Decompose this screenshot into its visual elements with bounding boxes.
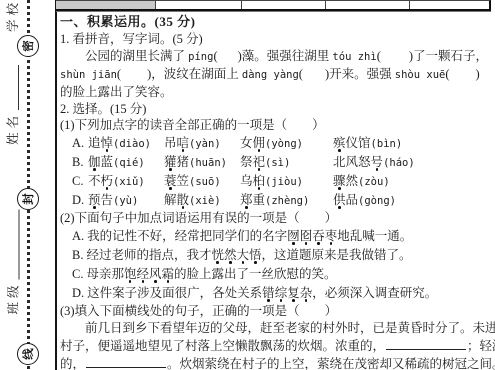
word-with-pinyin: 伽蓝(qié) (88, 153, 145, 173)
hanzi-char: 蓝 (101, 155, 114, 169)
text-line: shùn jiān()，波纹在湖面上 dàng yàng()开来。强强 shòu… (60, 66, 493, 84)
word-with-pinyin: 预告(yù) (88, 191, 138, 211)
q2-3-paragraph: 前几日到乡下看望年迈的父母，赶至老家的村外时，已是黄昏时分了。未进村子，便遥遥地… (60, 320, 493, 370)
hanzi-char: 杂 (300, 286, 313, 300)
hanzi-char: 供 (333, 193, 346, 207)
score-table-cell (410, 1, 489, 9)
hanzi-char: 告 (101, 193, 114, 207)
seal-label-school: 学校 (3, 0, 21, 32)
hanzi-char: 桕 (253, 174, 266, 188)
hanzi-char: 重 (253, 193, 266, 207)
pinyin-option-row-d: D.预告(yù)解散(xiè)郑重(zhèng)供品(gòng) (60, 191, 493, 210)
hanzi-char: 霜 (162, 267, 175, 281)
word-with-pinyin: 北风怒号(háo) (333, 153, 415, 173)
emphasized-idiom: 恍然大悟 (211, 248, 261, 262)
cn-text: ) (476, 67, 480, 81)
hanzi-char: 不 (88, 174, 101, 188)
seal-label-blank (6, 65, 19, 110)
sentence-post: ，这道题原来是我做错了。 (262, 248, 412, 262)
cn-text: 藻。强强往湖里 (242, 49, 333, 63)
seal-label-name: 姓名 (3, 65, 21, 145)
exam-paper-page: 一、积累运用。(35 分) 1. 看拼音，写字词。(5 分) 公园的湖里长满了 … (0, 0, 495, 370)
hanzi-char: 大 (237, 248, 250, 262)
hanzi-char: 然 (346, 174, 359, 188)
q1-paragraph: 公园的湖里长满了 píng()藻。强强往湖里 tóu zhì()了一颗石子，sh… (60, 48, 493, 101)
pinyin-annotation: (huān) (189, 157, 227, 169)
cn-text: 了一颗石子， (413, 49, 488, 63)
pinyin-annotation: (yù) (113, 195, 138, 207)
hanzi-char: 风 (149, 267, 162, 281)
hanzi-char: 悼 (101, 136, 114, 150)
score-table-cell (242, 1, 326, 9)
emphasized-idiom: 囫囵吞枣 (287, 229, 337, 243)
q1-title: 1. 看拼音，写字词。(5 分) (60, 31, 493, 48)
word-with-pinyin: 獾猪(huān) (164, 153, 227, 173)
seal-label-blank (6, 210, 19, 280)
pinyin-annotation: (xiǔ) (113, 176, 145, 188)
hanzi-char: 经 (137, 267, 150, 281)
word-with-pinyin: 追悼(diào) (88, 134, 151, 154)
cn-text: 的， (60, 357, 85, 370)
word-with-pinyin: 解散(xiè) (164, 191, 221, 211)
cn-text: ( (117, 67, 121, 81)
hanzi-char: 祭 (240, 155, 253, 169)
pinyin-annotation: (bìn) (371, 138, 403, 150)
hanzi-char: 追 (88, 136, 101, 150)
text-line: 公园的湖里长满了 píng()藻。强强往湖里 tóu zhì()了一颗石子， (60, 48, 493, 66)
pinyin-annotation: (zhèng) (265, 195, 309, 207)
pinyin-annotation: (qié) (113, 157, 145, 169)
cn-text: 。炊烟萦绕在村子的上空，萦绕在茂密却又稀疏的树冠之间。 (167, 357, 495, 370)
pinyin-annotation: (diào) (113, 138, 151, 150)
cn-text: ( (299, 67, 303, 81)
hanzi-char: 然 (224, 248, 237, 262)
hanzi-char: 佣 (253, 136, 266, 150)
pinyin-option-row-c: C.不朽(xiǔ)蓑笠(suō)乌桕(jiòu)骤然(zòu) (60, 172, 493, 191)
sentence-option-row-c: C.母亲那饱经风霜的脸上露出了一丝欣慰的笑。 (60, 265, 493, 284)
hanzi-char: 枣 (325, 229, 338, 243)
score-table-underline (56, 11, 491, 12)
cn-text: 开来。强强 (329, 67, 395, 81)
pinyin-annotation: (yòng) (265, 138, 303, 150)
option-letter: A. (72, 134, 84, 153)
sentence-option-row-a: A.我的记性不好，经常把同学们的名字囫囵吞枣地乱喊一通。 (60, 227, 493, 246)
hanzi-char: 预 (88, 193, 101, 207)
seal-label-text: 学校 (3, 0, 21, 32)
hanzi-char: 笠 (177, 174, 190, 188)
word-with-pinyin: 供品(gòng) (333, 191, 396, 211)
option-letter: C. (72, 172, 83, 191)
seal-label-text: 班级 (4, 281, 22, 314)
hanzi-char: 吞 (312, 229, 325, 243)
hanzi-char: 散 (177, 193, 190, 207)
pinyin-text: tóu zhì (332, 51, 376, 63)
word-with-pinyin: 骤然(zòu) (333, 172, 390, 192)
score-table-cell (326, 1, 410, 9)
hanzi-char: 唁 (177, 136, 190, 150)
sentence-post: ，必须深入调查研究。 (312, 286, 437, 300)
score-table (56, 0, 491, 11)
hanzi-char: 獾 (164, 155, 177, 169)
hanzi-char: 饱 (124, 267, 137, 281)
option-letter: B. (72, 248, 83, 262)
sentence-pre: 我的记性不好，经常把同学们的名字 (87, 229, 287, 243)
pinyin-annotation: (yàn) (189, 138, 221, 150)
cn-text: 前几日到乡下看望年迈的父母，赶至老家的村外时，已是黄昏时分了。未进 (60, 321, 495, 335)
pinyin-annotation: (suō) (189, 176, 221, 188)
pinyin-option-row-a: A.追悼(diào)吊唁(yàn)女佣(yòng)殡仪馆(bìn) (60, 134, 493, 153)
hanzi-char: 综 (275, 286, 288, 300)
pinyin-annotation: (gòng) (358, 195, 396, 207)
word-with-pinyin: 女佣(yòng) (240, 134, 303, 154)
text-line: 村子，便遥遥地望见了村落上空懒散飘荡的炊烟。浓重的，；轻淡 (60, 337, 493, 355)
word-with-pinyin: 殡仪馆(bìn) (333, 134, 402, 154)
hanzi-char: 号 (371, 155, 384, 169)
hanzi-char: 悟 (249, 248, 262, 262)
sentence-option-row-b: B.经过老师的指点，我才恍然大悟，这道题原来是我做错了。 (60, 246, 493, 265)
hanzi-char: 伽 (88, 155, 101, 169)
option-letter: D. (72, 286, 84, 300)
section-title: 一、积累运用。(35 分) (60, 13, 493, 31)
cn-text: 公园的湖里长满了 (60, 49, 188, 63)
option-letter: D. (72, 191, 84, 210)
cn-text: ( (213, 49, 217, 63)
hanzi-char: 风 (346, 155, 359, 169)
hanzi-char: 解 (164, 193, 177, 207)
text-line: 前几日到乡下看望年迈的父母，赶至老家的村外时，已是黄昏时分了。未进 (60, 320, 493, 337)
hanzi-char: 朽 (101, 174, 114, 188)
seal-label-class: 班级 (4, 210, 22, 315)
hanzi-char: 北 (333, 155, 346, 169)
hanzi-char: 仪 (346, 136, 359, 150)
seal-char: 封 (20, 193, 36, 205)
seal-label-text: 姓名 (3, 112, 21, 145)
word-with-pinyin: 蓑笠(suō) (164, 172, 221, 192)
hanzi-char: 品 (346, 193, 359, 207)
hanzi-char: 囫 (287, 229, 300, 243)
emphasized-idiom: 错综复杂 (262, 286, 312, 300)
hanzi-char: 恍 (211, 248, 224, 262)
left-border-line (55, 0, 57, 370)
cn-text: ( (377, 49, 381, 63)
hanzi-char: 祀 (253, 155, 266, 169)
pinyin-annotation: (zòu) (358, 176, 390, 188)
hanzi-char: 怒 (358, 155, 371, 169)
exam-content: 一、积累运用。(35 分) 1. 看拼音，写字词。(5 分) 公园的湖里长满了 … (60, 13, 493, 370)
pinyin-annotation: (xiè) (189, 195, 221, 207)
pinyin-text: shùn jiān (60, 69, 117, 81)
word-with-pinyin: 郑重(zhèng) (240, 191, 309, 211)
seal-char: 线 (20, 348, 36, 360)
seal-circle-2: 线 (17, 343, 39, 365)
q2-3-prompt: (3)填入下面横线处的句子，正确的一项是（ ） (60, 303, 493, 320)
pinyin-annotation: (jiòu) (265, 176, 303, 188)
q2-2-options: A.我的记性不好，经常把同学们的名字囫囵吞枣地乱喊一通。B.经过老师的指点，我才… (60, 227, 493, 303)
q2-1-options: A.追悼(diào)吊唁(yàn)女佣(yòng)殡仪馆(bìn)B.伽蓝(qi… (60, 134, 493, 210)
pinyin-annotation: (sì) (265, 157, 290, 169)
option-letter: A. (72, 229, 84, 243)
hanzi-char: 骤 (333, 174, 346, 188)
hanzi-char: 复 (287, 286, 300, 300)
cn-text: 村子，便遥遥地望见了村落上空懒散飘荡的炊烟。浓重的， (60, 339, 385, 353)
score-table-cell (156, 1, 242, 9)
text-line: 的，。炊烟萦绕在村子的上空，萦绕在茂密却又稀疏的树冠之间。 (60, 355, 493, 370)
hanzi-char: 吊 (164, 136, 177, 150)
option-letter: B. (72, 153, 83, 172)
word-with-pinyin: 吊唁(yàn) (164, 134, 221, 154)
cn-text: ，波纹在湖面上 (151, 67, 242, 81)
hanzi-char: 猪 (177, 155, 190, 169)
pinyin-option-row-b: B.伽蓝(qié)獾猪(huān)祭祀(sì)北风怒号(háo) (60, 153, 493, 172)
q2-title: 2. 选择。(15 分) (60, 101, 493, 117)
hanzi-char: 郑 (240, 193, 253, 207)
sentence-post: 地乱喊一通。 (337, 229, 412, 243)
pinyin-annotation: (háo) (383, 157, 415, 169)
hanzi-char: 乌 (240, 174, 253, 188)
cn-text: ；轻淡 (467, 339, 495, 353)
pinyin-text: shòu xuē (395, 69, 446, 81)
answer-blank (86, 355, 166, 368)
hanzi-char: 馆 (358, 136, 371, 150)
cn-text: 的脸上露出了笑容。 (60, 85, 173, 99)
hanzi-char: 女 (240, 136, 253, 150)
sentence-pre: 这件案子涉及面很广，各处关系 (87, 286, 262, 300)
hanzi-char: 囵 (300, 229, 313, 243)
seal-circle-0: 密 (17, 35, 39, 57)
cn-text: ( (445, 67, 449, 81)
sentence-pre: 母亲那 (86, 267, 124, 281)
emphasized-idiom: 饱经风霜 (124, 267, 174, 281)
sentence-option-row-d: D.这件案子涉及面很广，各处关系错综复杂，必须深入调查研究。 (60, 284, 493, 303)
seal-char: 密 (20, 40, 36, 52)
q2-1-prompt: (1)下列加点字的读音全部正确的一项是（ ） (60, 117, 493, 134)
score-table-cell-score (56, 1, 156, 9)
word-with-pinyin: 祭祀(sì) (240, 153, 290, 173)
hanzi-char: 殡 (333, 136, 346, 150)
sentence-post: 的脸上露出了一丝欣慰的笑。 (174, 267, 337, 281)
sentence-pre: 经过老师的指点，我才 (86, 248, 211, 262)
pinyin-text: dàng yàng (242, 69, 299, 81)
word-with-pinyin: 乌桕(jiòu) (240, 172, 303, 192)
seal-circle-1: 封 (17, 188, 39, 210)
pinyin-text: píng (188, 51, 213, 63)
word-with-pinyin: 不朽(xiǔ) (88, 172, 145, 192)
hanzi-char: 蓑 (164, 174, 177, 188)
q2-2-prompt: (2)下面句子中加点词语运用有误的一项是（ ） (60, 210, 493, 227)
option-letter: C. (72, 267, 83, 281)
hanzi-char: 错 (262, 286, 275, 300)
text-line: 的脸上露出了笑容。 (60, 84, 493, 101)
answer-blank (386, 337, 466, 350)
